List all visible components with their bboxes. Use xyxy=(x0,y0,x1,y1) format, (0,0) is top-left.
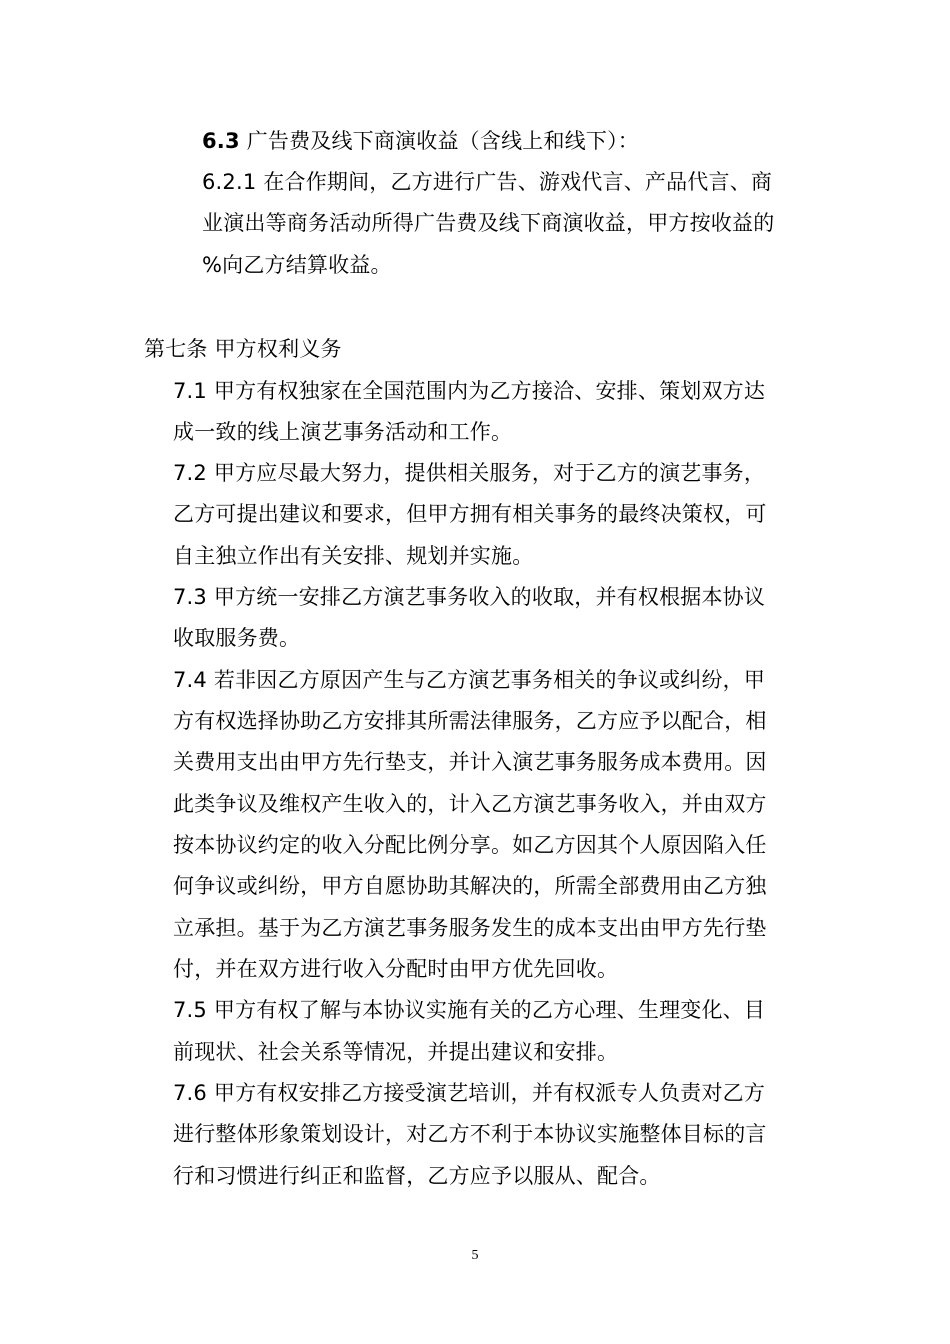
clause-7-5-line: 7.5 甲方有权了解与本协议实施有关的乙方心理、生理变化、目 xyxy=(173,1000,765,1021)
page-number: 5 xyxy=(0,1248,950,1264)
clause-7-3-line: 7.3 甲方统一安排乙方演艺事务收入的收取，并有权根据本协议 xyxy=(173,587,765,608)
clause-7-4-line: 关费用支出由甲方先行垫支，并计入演艺事务服务成本费用。因 xyxy=(173,752,767,773)
document-page: 6.3 广告费及线下商演收益（含线上和线下）： 6.2.1 在合作期间，乙方进行… xyxy=(0,0,950,1344)
clause-7-3-line: 收取服务费。 xyxy=(173,628,300,649)
clause-7-4-line: 此类争议及维权产生收入的，计入乙方演艺事务收入，并由双方 xyxy=(173,794,767,815)
clause-7-6-line: 进行整体形象策划设计，对乙方不利于本协议实施整体目标的言 xyxy=(173,1124,767,1145)
clause-7-4-line: 方有权选择协助乙方安排其所需法律服务，乙方应予以配合，相 xyxy=(173,711,767,732)
clause-7-2-line: 自主独立作出有关安排、规划并实施。 xyxy=(173,546,533,567)
clause-6-3-number: 6.3 xyxy=(202,129,240,153)
clause-7-2-line: 7.2 甲方应尽最大努力，提供相关服务，对于乙方的演艺事务， xyxy=(173,463,765,484)
clause-6-3-title: 广告费及线下商演收益（含线上和线下）： xyxy=(240,129,639,153)
clause-7-6-line: 行和习惯进行纠正和监督，乙方应予以服从、配合。 xyxy=(173,1166,661,1187)
clause-7-1-line: 7.1 甲方有权独家在全国范围内为乙方接洽、安排、策划双方达 xyxy=(173,381,765,402)
clause-7-4-line: 7.4 若非因乙方原因产生与乙方演艺事务相关的争议或纠纷，甲 xyxy=(173,670,765,691)
clause-7-1-line: 成一致的线上演艺事务活动和工作。 xyxy=(173,422,512,443)
clause-6-2-1-line: 6.2.1 在合作期间，乙方进行广告、游戏代言、产品代言、商 xyxy=(202,172,772,193)
clause-7-4-line: 按本协议约定的收入分配比例分享。如乙方因其个人原因陷入任 xyxy=(173,835,767,856)
clause-6-2-1-line: %向乙方结算收益。 xyxy=(202,255,392,276)
clause-7-4-line: 付，并在双方进行收入分配时由甲方优先回收。 xyxy=(173,959,618,980)
clause-7-4-line: 立承担。基于为乙方演艺事务服务发生的成本支出由甲方先行垫 xyxy=(173,918,767,939)
article-7-title: 第七条 甲方权利义务 xyxy=(144,339,342,360)
clause-6-2-1-line: 业演出等商务活动所得广告费及线下商演收益，甲方按收益的 xyxy=(202,213,774,234)
clause-7-2-line: 乙方可提出建议和要求，但甲方拥有相关事务的最终决策权，可 xyxy=(173,504,767,525)
clause-7-6-line: 7.6 甲方有权安排乙方接受演艺培训，并有权派专人负责对乙方 xyxy=(173,1083,765,1104)
clause-6-3-heading: 6.3 广告费及线下商演收益（含线上和线下）： xyxy=(202,131,639,152)
clause-7-5-line: 前现状、社会关系等情况，并提出建议和安排。 xyxy=(173,1042,618,1063)
clause-7-4-line: 何争议或纠纷，甲方自愿协助其解决的，所需全部费用由乙方独 xyxy=(173,876,767,897)
